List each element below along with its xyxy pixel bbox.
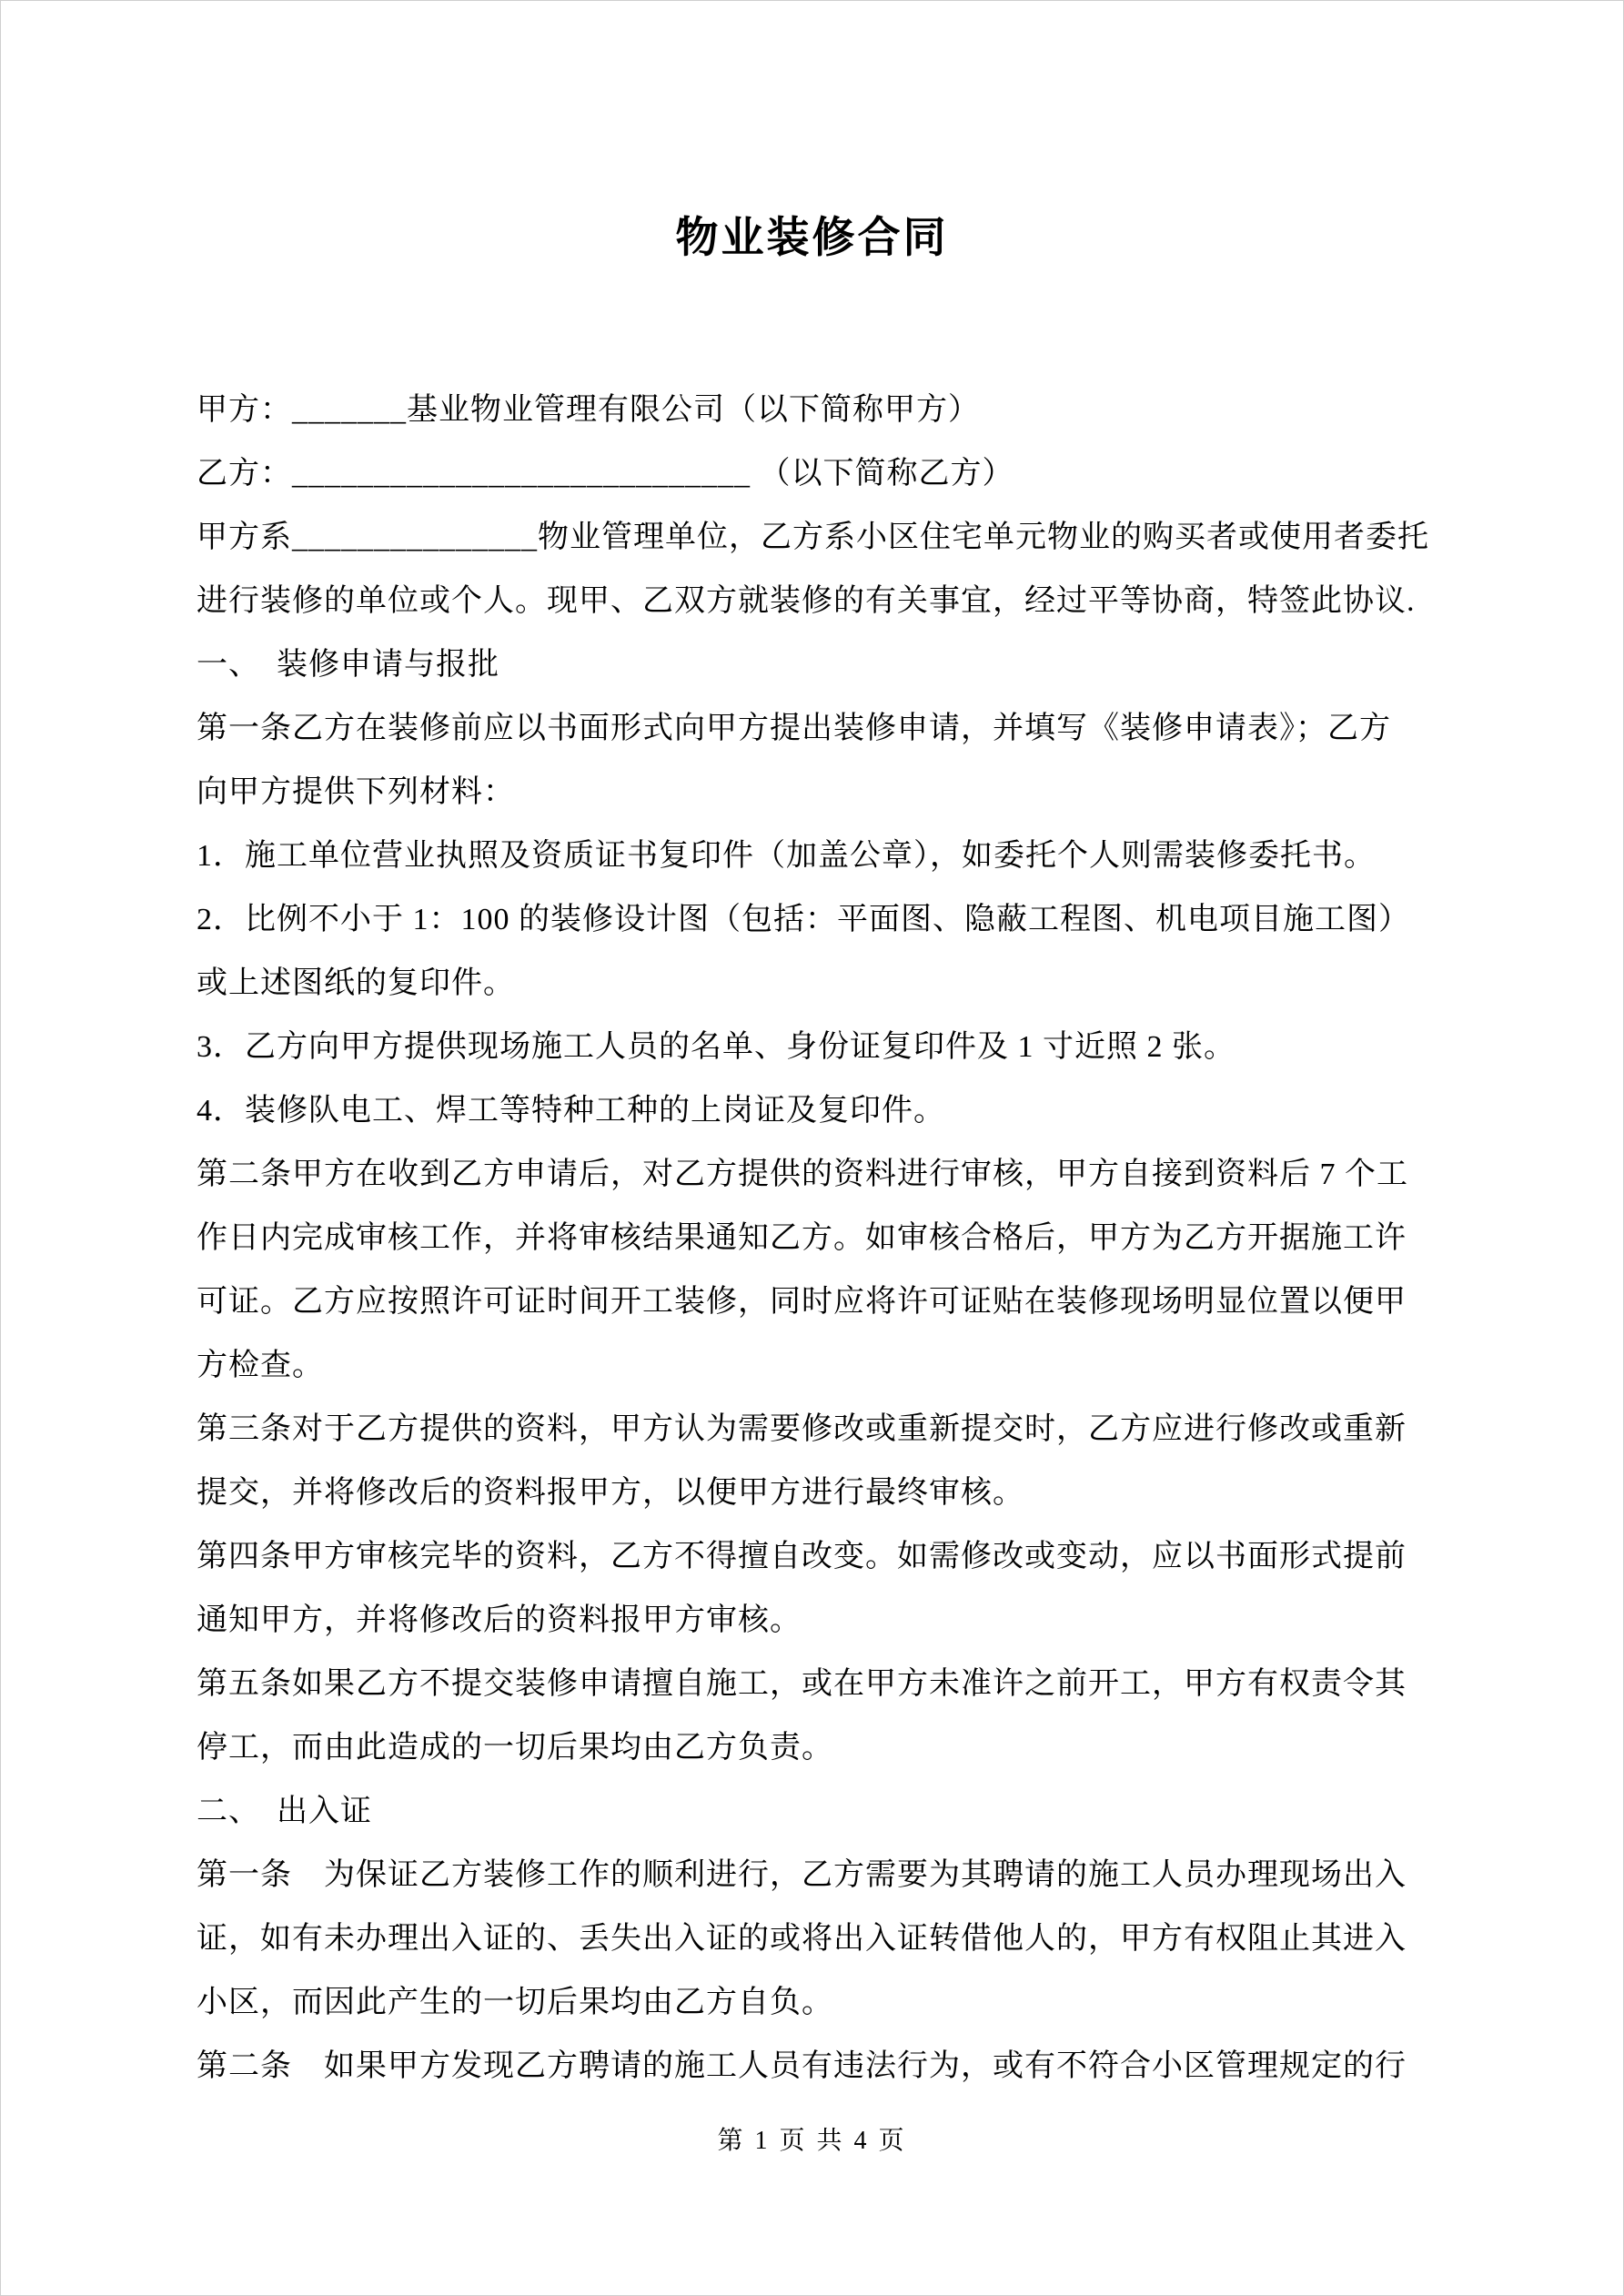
text-line: 向甲方提供下列材料： <box>197 761 1438 824</box>
text-line: 第一条乙方在装修前应以书面形式向甲方提出装修申请，并填写《装修申请表》；乙方 <box>197 697 1438 761</box>
text-line: 1．施工单位营业执照及资质证书复印件（加盖公章），如委托个人则需装修委托书。 <box>197 824 1438 888</box>
text-line: 一、 装修申请与报批 <box>197 633 1438 697</box>
text-line: 证，如有未办理出入证的、丢失出入证的或将出入证转借他人的，甲方有权阻止其进入 <box>197 1907 1438 1971</box>
text-line: 作日内完成审核工作，并将审核结果通知乙方。如审核合格后，甲方为乙方开据施工许 <box>197 1207 1438 1270</box>
text-line: 二、 出入证 <box>197 1780 1438 1844</box>
text-line: 停工，而由此造成的一切后果均由乙方负责。 <box>197 1716 1438 1780</box>
text-line: 第一条 为保证乙方装修工作的顺利进行，乙方需要为其聘请的施工人员办理现场出入 <box>197 1844 1438 1907</box>
text-line: 或上述图纸的复印件。 <box>197 952 1438 1016</box>
text-line: 第三条对于乙方提供的资料，甲方认为需要修改或重新提交时，乙方应进行修改或重新 <box>197 1398 1438 1462</box>
text-line: 第五条如果乙方不提交装修申请擅自施工，或在甲方未准许之前开工，甲方有权责令其 <box>197 1653 1438 1716</box>
text-line: 甲方：_______基业物业管理有限公司（以下简称甲方） <box>197 379 1438 442</box>
document-title: 物业装修合同 <box>1 217 1623 260</box>
text-line: 第二条甲方在收到乙方申请后，对乙方提供的资料进行审核，甲方自接到资料后 7 个工 <box>197 1143 1438 1207</box>
text-line: 乙方：____________________________ （以下简称乙方） <box>197 442 1438 506</box>
text-line: 2．比例不小于 1：100 的装修设计图（包括：平面图、隐蔽工程图、机电项目施工… <box>197 888 1438 952</box>
text-line: 第四条甲方审核完毕的资料，乙方不得擅自改变。如需修改或变动，应以书面形式提前 <box>197 1525 1438 1589</box>
text-line: 提交，并将修改后的资料报甲方，以便甲方进行最终审核。 <box>197 1462 1438 1525</box>
text-line: 小区，而因此产生的一切后果均由乙方自负。 <box>197 1971 1438 2035</box>
text-line: 可证。乙方应按照许可证时间开工装修，同时应将许可证贴在装修现场明显位置以便甲 <box>197 1270 1438 1334</box>
text-line: 3．乙方向甲方提供现场施工人员的名单、身份证复印件及 1 寸近照 2 张。 <box>197 1016 1438 1079</box>
text-line: 方检查。 <box>197 1334 1438 1398</box>
contract-page: 物业装修合同 甲方：_______基业物业管理有限公司（以下简称甲方）乙方：__… <box>0 0 1624 2296</box>
text-line: 通知甲方，并将修改后的资料报甲方审核。 <box>197 1589 1438 1653</box>
contract-body: 甲方：_______基业物业管理有限公司（以下简称甲方）乙方：_________… <box>197 379 1438 2099</box>
text-line: 4．装修队电工、焊工等特种工种的上岗证及复印件。 <box>197 1079 1438 1143</box>
text-line: 甲方系_______________物业管理单位，乙方系小区住宅单元物业的购买者… <box>197 506 1438 570</box>
text-line: 进行装修的单位或个人。现甲、乙双方就装修的有关事宜，经过平等协商，特签此协议. <box>197 570 1438 633</box>
text-line: 第二条 如果甲方发现乙方聘请的施工人员有违法行为，或有不符合小区管理规定的行 <box>197 2035 1438 2099</box>
page-number-footer: 第 1 页 共 4 页 <box>1 2129 1623 2154</box>
